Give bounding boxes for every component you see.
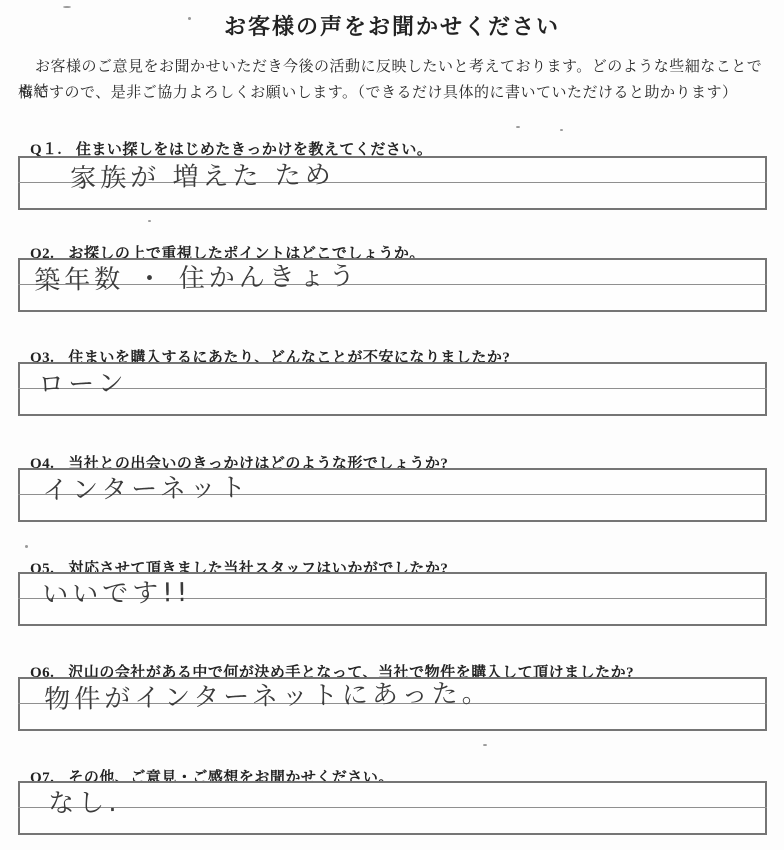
intro-text-line-2: 構ですので、是非ご協力よろしくお願いします。（できるだけ具体的に書いていただける… (18, 81, 768, 106)
page-title: お客様の声をお聞かせください (0, 10, 784, 41)
answer-box-3-divider (18, 388, 767, 389)
scan-speck (188, 17, 191, 20)
handwritten-answer-7: なし. (48, 782, 121, 820)
answer-box-4: インターネット (18, 468, 767, 522)
answer-box-6: 物件がインターネットにあった。 (18, 677, 767, 731)
scan-speck (25, 545, 28, 548)
handwritten-answer-3: ローン (38, 363, 128, 401)
scan-speck (148, 220, 151, 222)
handwritten-answer-4: インターネット (42, 467, 250, 507)
answer-box-1: 家族が 増えた ため (18, 156, 767, 210)
handwritten-answer-5: いいです!! (42, 572, 191, 611)
answer-box-5: いいです!! (18, 572, 767, 626)
handwritten-answer-6: 物件がインターネットにあった。 (44, 673, 492, 716)
scan-speck (63, 6, 71, 8)
handwritten-answer-2: 築年数 ・ 住かんきょう (34, 255, 359, 297)
scan-speck (516, 126, 520, 128)
scan-speck (483, 744, 487, 746)
scan-speck (560, 129, 563, 131)
answer-box-2: 築年数 ・ 住かんきょう (18, 258, 767, 312)
survey-form-scan: お客様の声をお聞かせください お客様のご意見をお聞かせいただき今後の活動に反映し… (0, 0, 784, 850)
answer-box-7: なし. (18, 781, 767, 835)
answer-box-7-divider (18, 807, 767, 808)
handwritten-answer-1: 家族が 増えた ため (70, 154, 335, 195)
answer-box-3: ローン (18, 362, 767, 416)
